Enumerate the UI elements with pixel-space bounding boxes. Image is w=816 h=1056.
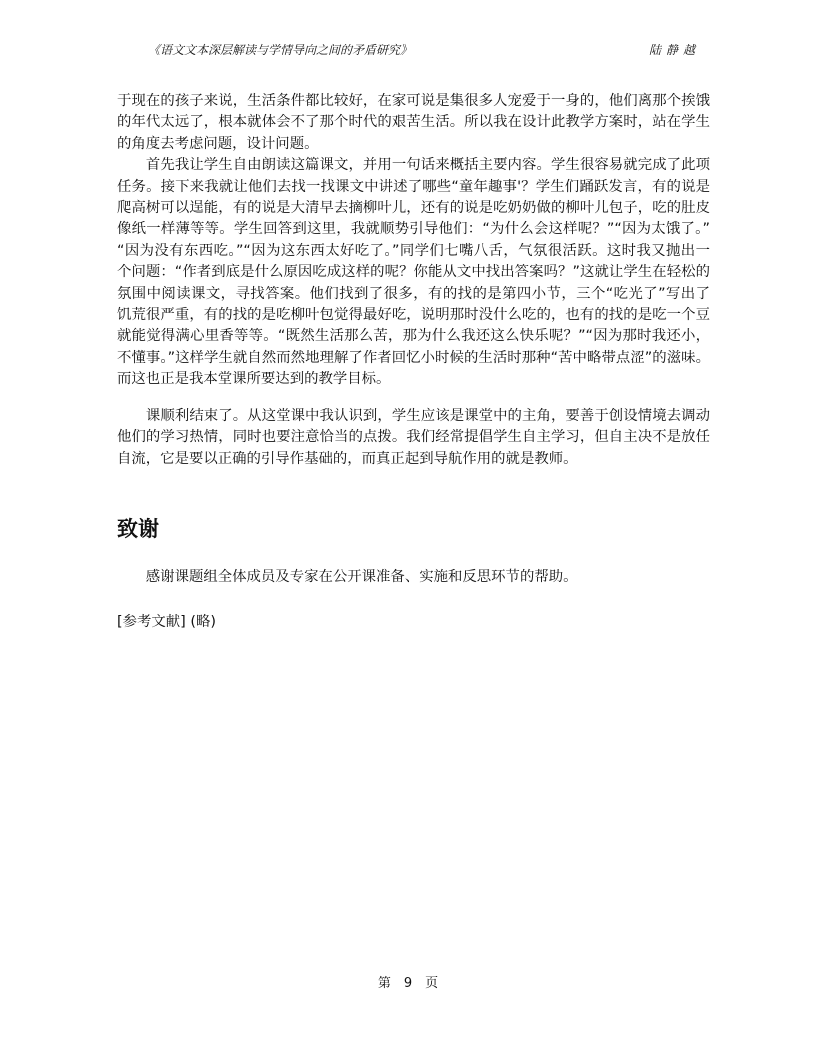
text-line: 饥荒很严重，有的找的是吃柳叶包觉得最好吃，说明那时没什么吃的，也有的找的是吃一个… [117,305,710,326]
header-document-title: 《语文文本深层解读与学情导向之间的矛盾研究》 [148,43,412,58]
text-line: 自流，它是要以正确的引导作基础的，而真正起到导航作用的就是教师。 [117,449,710,470]
body-text-block-2: 课顺利结束了。从这堂课中我认识到，学生应该是课堂中的主角，要善于创设情境去调动他… [117,406,710,470]
text-line: 而这也正是我本堂课所要达到的教学目标。 [117,369,710,390]
text-line: 任务。接下来我就让他们去找一找课文中讲述了哪些“童年趣事'？学生们踊跃发言，有的… [117,177,710,198]
text-line: 的年代太远了，根本就体会不了那个时代的艰苦生活。所以我在设计此教学方案时，站在学… [117,112,710,133]
text-line: 不懂事。”这样学生就自然而然地理解了作者回忆小时候的生活时那种“苦中略带点涩”的… [117,348,710,369]
acknowledgement-text: 感谢课题组全体成员及专家在公开课准备、实施和反思环节的帮助。 [117,567,710,588]
acknowledgement-heading: 致谢 [117,515,159,543]
text-line: 于现在的孩子来说，生活条件都比较好，在家可说是集很多人宠爱于一身的，他们离那个挨… [117,91,710,112]
text-line: 他们的学习热情，同时也要注意恰当的点拨。我们经常提倡学生自主学习，但自主决不是放… [117,427,710,448]
document-page: 《语文文本深层解读与学情导向之间的矛盾研究》 陆静越 于现在的孩子来说，生活条件… [0,0,816,1056]
text-line: 个问题：“作者到底是什么原因吃成这样的呢？你能从文中找出答案吗？”这就让学生在轻… [117,262,710,283]
text-line: 爬高树可以逞能，有的说是大清早去摘柳叶儿，还有的说是吃奶奶做的柳叶儿包子，吃的肚… [117,198,710,219]
text-line: 氛围中阅读课文，寻找答案。他们找到了很多，有的找的是第四小节，三个“吃光了”写出… [117,284,710,305]
references-label: [参考文献] (略) [117,612,710,633]
text-line: “因为没有东西吃。”“因为这东西太好吃了。”同学们七嘴八舌，气氛很活跃。这时我又… [117,241,710,262]
text-line: 就能觉得满心里香等等。“既然生活那么苦，那为什么我还这么快乐呢？”“因为那时我还… [117,326,710,347]
body-text-block-1: 于现在的孩子来说，生活条件都比较好，在家可说是集很多人宠爱于一身的，他们离那个挨… [117,91,710,390]
header-author-name: 陆静越 [649,43,700,58]
footer-page-number: 第 9 页 [0,975,816,993]
page-header: 《语文文本深层解读与学情导向之间的矛盾研究》 陆静越 [148,43,700,58]
text-line: 首先我让学生自由朗读这篇课文，并用一句话来概括主要内容。学生很容易就完成了此项 [117,155,710,176]
text-line: 像纸一样薄等等。学生回答到这里，我就顺势引导他们：“为什么会这样呢？”“因为太饿… [117,219,710,240]
text-line: 的角度去考虑问题，设计问题。 [117,134,710,155]
text-line: 课顺利结束了。从这堂课中我认识到，学生应该是课堂中的主角，要善于创设情境去调动 [117,406,710,427]
